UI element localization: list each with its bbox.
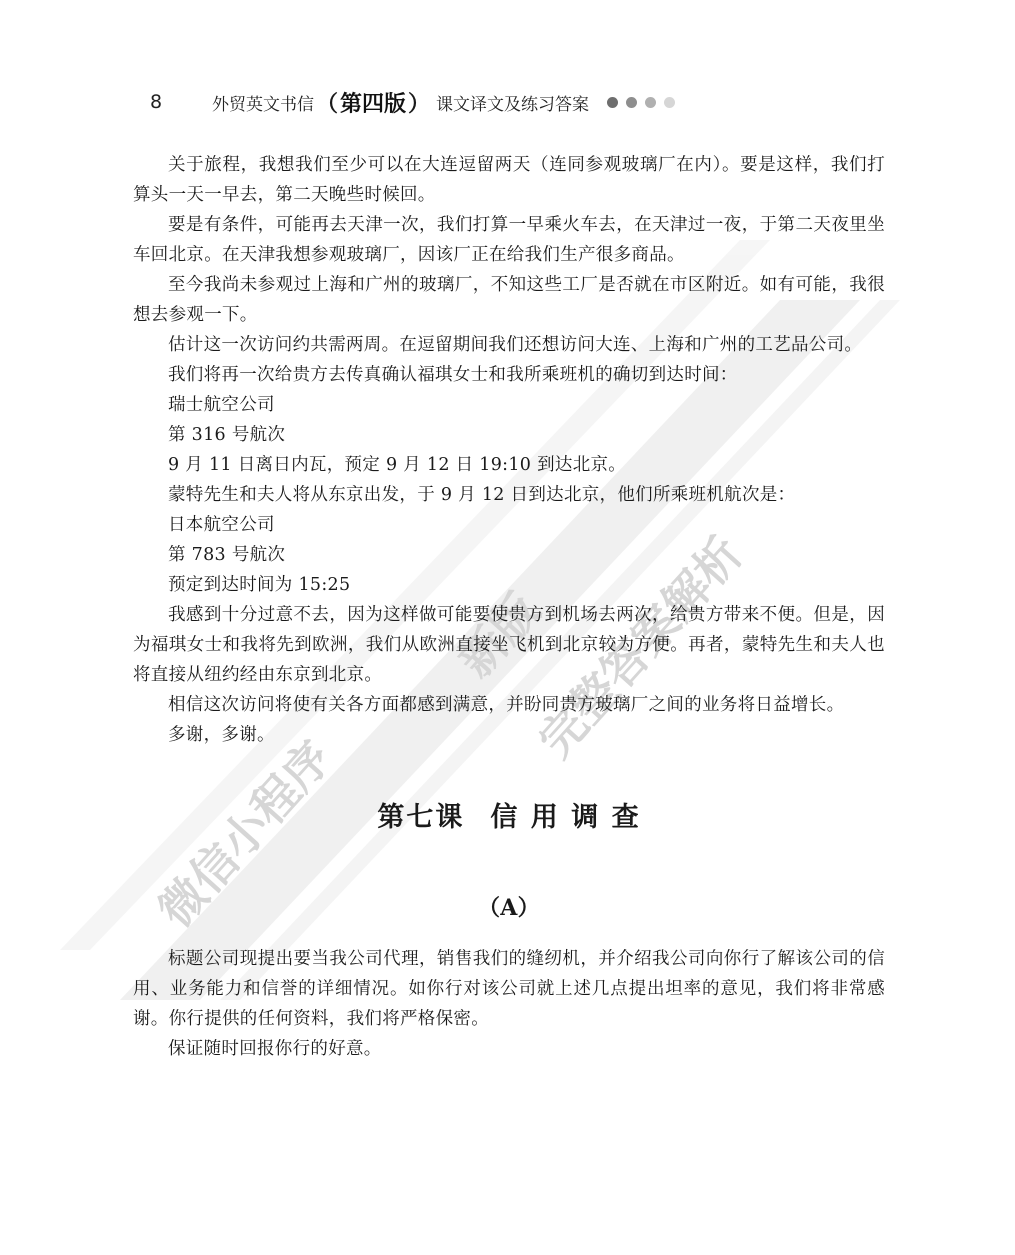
- decorative-dots: [607, 97, 675, 108]
- paragraph: 我们将再一次给贵方去传真确认福琪女士和我所乘班机的确切到达时间：: [133, 360, 885, 390]
- paragraph: 保证随时回报你行的好意。: [133, 1034, 885, 1064]
- page-header: 8 外贸英文书信 （ 第四版 ） 课文译文及练习答案: [150, 84, 675, 120]
- dot-icon: [607, 97, 618, 108]
- paren-open: （: [316, 87, 338, 118]
- section-title: （A）: [133, 888, 885, 928]
- book-title: 外贸英文书信: [212, 90, 314, 115]
- lesson-name: 信 用 调 查: [490, 802, 640, 833]
- paragraph: 9 月 11 日离日内瓦，预定 9 月 12 日 19:10 到达北京。: [133, 450, 885, 480]
- paragraph: 第 783 号航次: [133, 540, 885, 570]
- paragraph: 标题公司现提出要当我公司代理，销售我们的缝纫机，并介绍我公司向你行了解该公司的信…: [133, 944, 885, 1034]
- paragraph: 日本航空公司: [133, 510, 885, 540]
- dot-icon: [626, 97, 637, 108]
- page-number: 8: [150, 91, 212, 113]
- page-body: 关于旅程，我想我们至少可以在大连逗留两天（连同参观玻璃厂在内）。要是这样，我们打…: [133, 150, 885, 1064]
- paragraph: 预定到达时间为 15:25: [133, 570, 885, 600]
- letter-body: 关于旅程，我想我们至少可以在大连逗留两天（连同参观玻璃厂在内）。要是这样，我们打…: [133, 150, 885, 750]
- paragraph: 瑞士航空公司: [133, 390, 885, 420]
- lesson-title: 第七课信 用 调 查: [133, 788, 885, 848]
- paragraph: 至今我尚未参观过上海和广州的玻璃厂，不知这些工厂是否就在市区附近。如有可能，我很…: [133, 270, 885, 330]
- paragraph: 要是有条件，可能再去天津一次，我们打算一早乘火车去，在天津过一夜，于第二天夜里坐…: [133, 210, 885, 270]
- edition-label: 第四版: [340, 87, 406, 118]
- dot-icon: [645, 97, 656, 108]
- paragraph: 关于旅程，我想我们至少可以在大连逗留两天（连同参观玻璃厂在内）。要是这样，我们打…: [133, 150, 885, 210]
- paragraph: 第 316 号航次: [133, 420, 885, 450]
- paragraph: 估计这一次访问约共需两周。在逗留期间我们还想访问大连、上海和广州的工艺品公司。: [133, 330, 885, 360]
- section-body: 标题公司现提出要当我公司代理，销售我们的缝纫机，并介绍我公司向你行了解该公司的信…: [133, 944, 885, 1064]
- paragraph: 多谢，多谢。: [133, 720, 885, 750]
- lesson-number: 第七课: [377, 802, 464, 833]
- dot-icon: [664, 97, 675, 108]
- paragraph: 蒙特先生和夫人将从东京出发，于 9 月 12 日到达北京，他们所乘班机航次是：: [133, 480, 885, 510]
- paragraph: 我感到十分过意不去，因为这样做可能要使贵方到机场去两次，给贵方带来不便。但是，因…: [133, 600, 885, 690]
- paren-close: ）: [408, 87, 430, 118]
- book-subtitle: 课文译文及练习答案: [436, 90, 589, 115]
- paragraph: 相信这次访问将使有关各方面都感到满意，并盼同贵方玻璃厂之间的业务将日益增长。: [133, 690, 885, 720]
